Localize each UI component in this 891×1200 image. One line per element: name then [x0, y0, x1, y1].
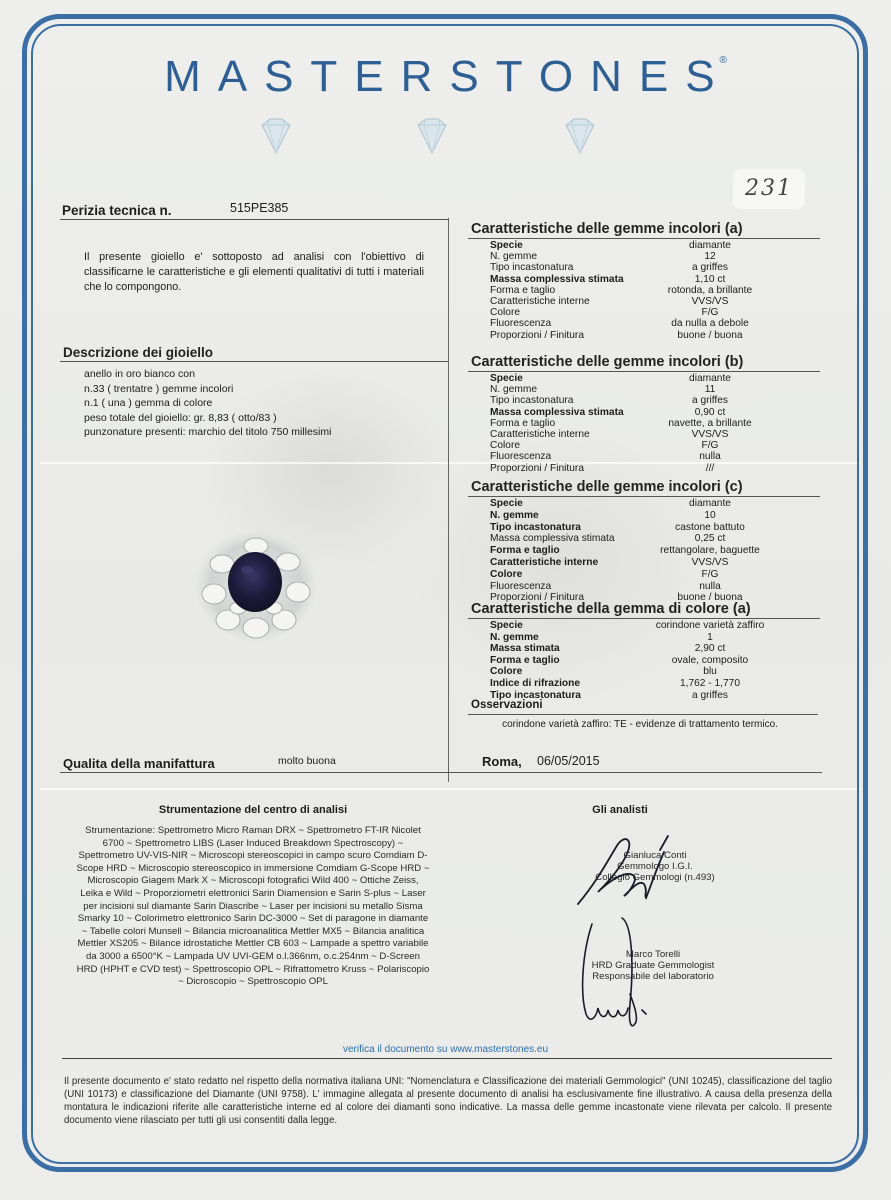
- spec-key: Forma e taglio: [490, 418, 555, 429]
- spec-value: 0,90 ct: [590, 407, 830, 418]
- spec-row: Caratteristiche interneVVS/VS: [490, 429, 820, 440]
- spec-row: Speciediamante: [490, 498, 820, 509]
- divider: [60, 219, 448, 220]
- spec-key: N. gemme: [490, 510, 539, 521]
- instruments-text: Strumentazione: Spettrometro Micro Raman…: [76, 825, 430, 989]
- spec-row: Speciediamante: [490, 240, 820, 251]
- spec-key: Caratteristiche interne: [490, 429, 590, 440]
- spec-row: ColoreF/G: [490, 569, 820, 580]
- spec-value: a griffes: [590, 262, 830, 273]
- spec-value: 1,762 - 1,770: [590, 678, 830, 689]
- spec-row: Proporzioni / Finiturabuone / buona: [490, 330, 820, 341]
- spec-key: Specie: [490, 240, 523, 251]
- spec-key: Tipo incastonatura: [490, 395, 573, 406]
- spec-value: 12: [590, 251, 830, 262]
- spec-key: Specie: [490, 620, 523, 631]
- spec-key: Forma e taglio: [490, 655, 560, 666]
- description-line: peso totale del gioiello: gr. 8,83 ( ott…: [84, 411, 434, 426]
- spec-value: rettangolare, baguette: [590, 545, 830, 556]
- spec-row: Fluorescenzada nulla a debole: [490, 318, 820, 329]
- spec-value: 2,90 ct: [590, 643, 830, 654]
- spec-row: Fluorescenzanulla: [490, 581, 820, 592]
- archive-number-sticker: 231: [733, 169, 805, 209]
- spec-section-title: Caratteristiche delle gemme incolori (b): [471, 354, 743, 370]
- spec-key: Fluorescenza: [490, 451, 551, 462]
- spec-value: F/G: [590, 569, 830, 580]
- spec-key: Fluorescenza: [490, 318, 551, 329]
- place-label: Roma,: [482, 754, 522, 769]
- description-line: anello in oro bianco con: [84, 367, 434, 382]
- jewel-photo: [192, 528, 320, 646]
- spec-value: da nulla a debole: [590, 318, 830, 329]
- spec-value: 10: [590, 510, 830, 521]
- spec-value: a griffes: [590, 395, 830, 406]
- spec-row: Massa complessiva stimata0,90 ct: [490, 407, 820, 418]
- spec-row: Forma e tagliorettangolare, baguette: [490, 545, 820, 556]
- spec-row: Tipo incastonaturaa griffes: [490, 262, 820, 273]
- description-lines: anello in oro bianco conn.33 ( trentatre…: [84, 367, 434, 440]
- spec-row: ColoreF/G: [490, 440, 820, 451]
- spec-value: diamante: [590, 498, 830, 509]
- spec-value: F/G: [590, 440, 830, 451]
- report-number-label: Perizia tecnica n.: [62, 203, 172, 218]
- issue-date: 06/05/2015: [537, 754, 600, 768]
- spec-key: N. gemme: [490, 251, 537, 262]
- spec-row: Massa complessiva stimata0,25 ct: [490, 533, 820, 544]
- divider: [468, 371, 820, 372]
- spec-key: Colore: [490, 307, 520, 318]
- spec-value: blu: [590, 666, 830, 677]
- signature-conti: [568, 830, 688, 910]
- spec-value: buone / buona: [590, 330, 830, 341]
- spec-row: N. gemme10: [490, 510, 820, 521]
- spec-key: Specie: [490, 498, 523, 509]
- spec-value: VVS/VS: [590, 429, 830, 440]
- spec-row: Massa complessiva stimata1,10 ct: [490, 274, 820, 285]
- spec-row: Fluorescenzanulla: [490, 451, 820, 462]
- spec-row: Tipo incastonaturacastone battuto: [490, 522, 820, 533]
- divider: [468, 238, 820, 239]
- spec-value: corindone varietà zaffiro: [590, 620, 830, 631]
- spec-row: Indice di rifrazione1,762 - 1,770: [490, 678, 820, 689]
- spec-key: Forma e taglio: [490, 285, 555, 296]
- observations-title: Osservazioni: [471, 699, 543, 711]
- intro-text: Il presente gioiello e' sottoposto ad an…: [84, 250, 424, 295]
- spec-key: Tipo incastonatura: [490, 522, 581, 533]
- quality-value: molto buona: [278, 755, 336, 767]
- spec-row: N. gemme11: [490, 384, 820, 395]
- description-title: Descrizione dei gioiello: [63, 345, 213, 360]
- spec-key: Massa stimata: [490, 643, 560, 654]
- spec-key: Tipo incastonatura: [490, 262, 573, 273]
- spec-row: N. gemme1: [490, 632, 820, 643]
- spec-key: Colore: [490, 666, 522, 677]
- spec-value: 0,25 ct: [590, 533, 830, 544]
- spec-row: Caratteristiche interneVVS/VS: [490, 557, 820, 568]
- spec-key: Indice di rifrazione: [490, 678, 580, 689]
- report-number: 515PE385: [230, 201, 288, 215]
- spec-value: rotonda, a brillante: [590, 285, 830, 296]
- spec-value: a griffes: [590, 690, 830, 701]
- disclaimer-text: Il presente documento e' stato redatto n…: [64, 1075, 832, 1127]
- spec-row: ColoreF/G: [490, 307, 820, 318]
- spec-value: 11: [590, 384, 830, 395]
- spec-key: Specie: [490, 373, 523, 384]
- spec-value: VVS/VS: [590, 296, 830, 307]
- spec-key: Caratteristiche interne: [490, 296, 590, 307]
- observations-text: corindone varietà zaffiro: TE - evidenze…: [470, 719, 810, 730]
- spec-key: Caratteristiche interne: [490, 557, 598, 568]
- spec-value: nulla: [590, 451, 830, 462]
- spec-value: diamante: [590, 373, 830, 384]
- spec-value: VVS/VS: [590, 557, 830, 568]
- spec-row: Speciecorindone varietà zaffiro: [490, 620, 820, 631]
- divider: [62, 1058, 832, 1059]
- brand-logo: MASTERSTONES®: [0, 52, 891, 102]
- spec-key: Colore: [490, 440, 520, 451]
- spec-value: ovale, composito: [590, 655, 830, 666]
- spec-value: 1: [590, 632, 830, 643]
- spec-value: diamante: [590, 240, 830, 251]
- spec-value: F/G: [590, 307, 830, 318]
- spec-key: N. gemme: [490, 632, 539, 643]
- spec-row: Proporzioni / Finitura///: [490, 463, 820, 474]
- spec-row: Tipo incastonaturaa griffes: [490, 395, 820, 406]
- instruments-title: Strumentazione del centro di analisi: [76, 804, 430, 816]
- spec-value: navette, a brillante: [590, 418, 830, 429]
- spec-section-title: Caratteristiche delle gemme incolori (c): [471, 479, 743, 495]
- column-divider: [448, 218, 449, 782]
- spec-section-title: Caratteristiche delle gemme incolori (a): [471, 221, 743, 237]
- spec-key: Colore: [490, 569, 522, 580]
- verify-link[interactable]: verifica il documento su www.masterstone…: [0, 1044, 891, 1055]
- spec-value: ///: [590, 463, 830, 474]
- spec-row: Forma e taglionavette, a brillante: [490, 418, 820, 429]
- spec-row: Forma e tagliorotonda, a brillante: [490, 285, 820, 296]
- spec-row: Massa stimata2,90 ct: [490, 643, 820, 654]
- divider: [468, 714, 818, 715]
- spec-key: Proporzioni / Finitura: [490, 330, 584, 341]
- spec-section-title: Caratteristiche della gemma di colore (a…: [471, 601, 751, 617]
- divider: [448, 772, 822, 773]
- spec-value: castone battuto: [590, 522, 830, 533]
- spec-row: N. gemme12: [490, 251, 820, 262]
- spec-key: Proporzioni / Finitura: [490, 463, 584, 474]
- signature-torelli: [572, 914, 672, 1034]
- spec-value: 1,10 ct: [590, 274, 830, 285]
- diamond-icon: [410, 113, 454, 157]
- divider: [468, 496, 820, 497]
- description-line: n.1 ( una ) gemma di colore: [84, 396, 434, 411]
- spec-value: nulla: [590, 581, 830, 592]
- spec-row: Speciediamante: [490, 373, 820, 384]
- description-line: n.33 ( trentatre ) gemme incolori: [84, 382, 434, 397]
- spec-row: Forma e taglioovale, composito: [490, 655, 820, 666]
- divider: [60, 772, 448, 773]
- spec-row: Caratteristiche interneVVS/VS: [490, 296, 820, 307]
- divider: [468, 618, 820, 619]
- description-line: punzonature presenti: marchio del titolo…: [84, 425, 434, 440]
- spec-row: Coloreblu: [490, 666, 820, 677]
- diamond-icon: [558, 113, 602, 157]
- analysts-title: Gli analisti: [520, 804, 720, 816]
- divider: [60, 361, 448, 362]
- spec-key: N. gemme: [490, 384, 537, 395]
- spec-key: Fluorescenza: [490, 581, 551, 592]
- spec-key: Forma e taglio: [490, 545, 560, 556]
- quality-label: Qualita della manifattura: [63, 756, 215, 771]
- diamond-icon: [254, 113, 298, 157]
